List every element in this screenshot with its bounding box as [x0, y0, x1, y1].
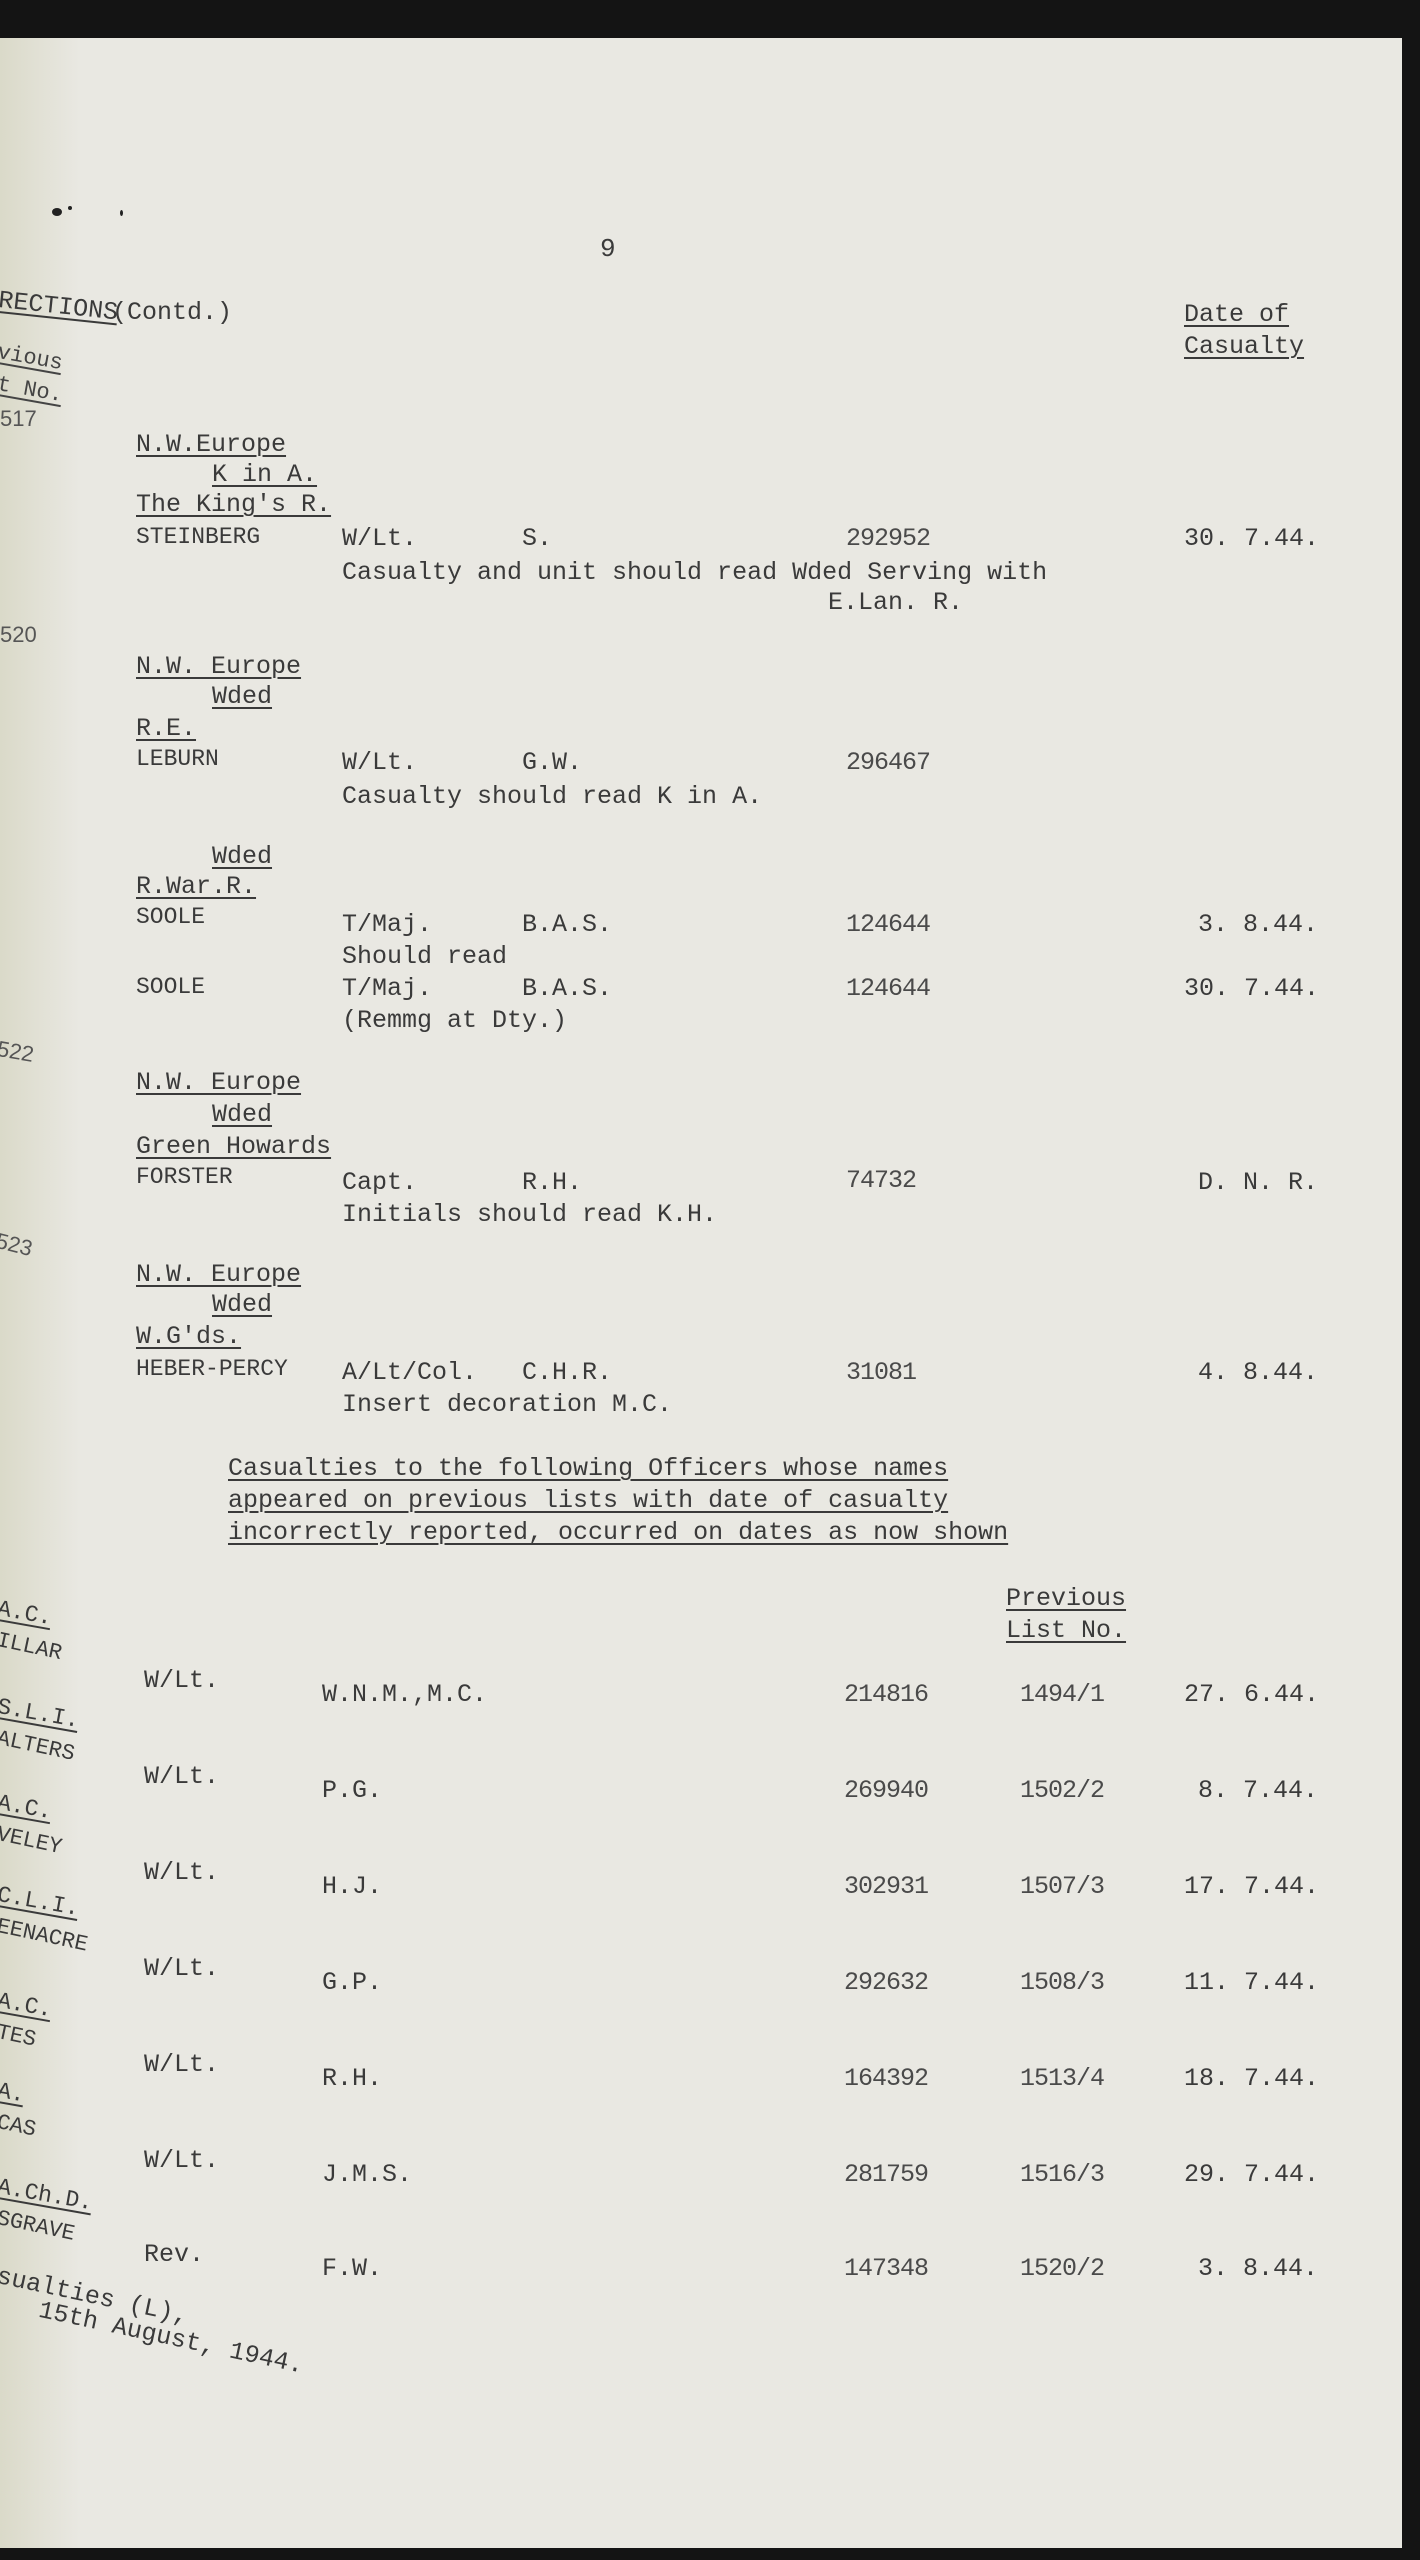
casualty-date: 3. 8.44. [1198, 2254, 1318, 2284]
casualty-date: 8. 7.44. [1198, 1776, 1318, 1806]
casualty-date: 4. 8.44. [1198, 1358, 1318, 1388]
surname: STEINBERG [136, 522, 260, 552]
service-number: 292952 [846, 524, 930, 554]
initials: C.H.R. [522, 1358, 612, 1388]
prev-list-number: 1494/1 [1020, 1680, 1104, 1710]
rank: W/Lt. [342, 748, 417, 778]
casualty-type: Wded [212, 682, 272, 712]
initials: F.W. [322, 2254, 382, 2284]
rank: W/Lt. [144, 2050, 219, 2080]
page-number: 9 [600, 234, 616, 264]
initials: J.M.S. [322, 2160, 412, 2190]
prev-list-number: 1508/3 [1020, 1968, 1104, 1998]
correction-note: Casualty and unit should read Wded Servi… [342, 558, 1047, 588]
rank: W/Lt. [144, 1762, 219, 1792]
service-number: 164392 [844, 2064, 928, 2094]
date-header-line2: Casualty [1184, 332, 1304, 362]
prev-list-header-line2: List No. [1006, 1616, 1126, 1646]
initials: G.W. [522, 748, 582, 778]
service-number: 292632 [844, 1968, 928, 1998]
theatre: N.W. Europe [136, 1260, 301, 1290]
initials: P.G. [322, 1776, 382, 1806]
rank: W/Lt. [144, 2146, 219, 2176]
surname-corrected: SOOLE [136, 972, 205, 1002]
casualty-date-corrected: 30. 7.44. [1184, 974, 1319, 1004]
casualty-date: D. N. R. [1198, 1168, 1318, 1198]
theatre: N.W. Europe [136, 652, 301, 682]
casualty-date: 18. 7.44. [1184, 2064, 1319, 2094]
unit: R.War.R. [136, 872, 256, 902]
prev-list-number: 1502/2 [1020, 1776, 1104, 1806]
casualty-type: K in A. [212, 460, 317, 490]
ink-speck [120, 210, 123, 216]
correction-note: Initials should read K.H. [342, 1200, 717, 1230]
prev-list-no: 520 [0, 620, 37, 650]
service-number: 74732 [846, 1166, 916, 1196]
rank: Rev. [144, 2240, 204, 2270]
rank: T/Maj. [342, 910, 432, 940]
date-header-line1: Date of [1184, 300, 1289, 330]
service-number: 31081 [846, 1358, 916, 1388]
unit: R.E. [136, 714, 196, 744]
prev-list-number: 1516/3 [1020, 2160, 1104, 2190]
theatre: N.W. Europe [136, 1068, 301, 1098]
casualty-date: 29. 7.44. [1184, 2160, 1319, 2190]
casualty-date: 11. 7.44. [1184, 1968, 1319, 1998]
casualty-type: Wded [212, 1290, 272, 1320]
service-number-corrected: 124644 [846, 974, 930, 1004]
correction-note-cont: E.Lan. R. [828, 588, 963, 618]
service-number: 147348 [844, 2254, 928, 2284]
rank: W/Lt. [342, 524, 417, 554]
service-number: 281759 [844, 2160, 928, 2190]
rank: A/Lt/Col. [342, 1358, 477, 1388]
surname: HEBER-PERCY [136, 1354, 288, 1384]
casualty-date: 27. 6.44. [1184, 1680, 1319, 1710]
unit: W.G'ds. [136, 1322, 241, 1352]
initials: B.A.S. [522, 910, 612, 940]
rank: Capt. [342, 1168, 417, 1198]
prev-list-number: 1520/2 [1020, 2254, 1104, 2284]
notice-line2: appeared on previous lists with date of … [228, 1486, 948, 1516]
service-number: 269940 [844, 1776, 928, 1806]
correction-note: Should read [342, 942, 507, 972]
service-number: 124644 [846, 910, 930, 940]
prev-list-number: 1507/3 [1020, 1872, 1104, 1902]
prev-list-number: 1513/4 [1020, 2064, 1104, 2094]
rank: W/Lt. [144, 1954, 219, 1984]
service-number: 214816 [844, 1680, 928, 1710]
notice-line3: incorrectly reported, occurred on dates … [228, 1518, 1008, 1548]
initials: R.H. [322, 2064, 382, 2094]
initials: H.J. [322, 1872, 382, 1902]
casualty-date: 3. 8.44. [1198, 910, 1318, 940]
ink-speck [52, 208, 62, 216]
casualty-type: Wded [212, 842, 272, 872]
unit: The King's R. [136, 490, 331, 520]
initials: W.N.M.,M.C. [322, 1680, 487, 1710]
prev-list-no: 517 [0, 404, 37, 434]
casualty-date: 17. 7.44. [1184, 1872, 1319, 1902]
notice-line1: Casualties to the following Officers who… [228, 1454, 948, 1484]
correction-note: Insert decoration M.C. [342, 1390, 672, 1420]
ink-speck [68, 206, 72, 210]
initials: G.P. [322, 1968, 382, 1998]
casualty-type: Wded [212, 1100, 272, 1130]
casualty-date: 30. 7.44. [1184, 524, 1319, 554]
correction-note: Casualty should read K in A. [342, 782, 762, 812]
correction-note-cont: (Remmg at Dty.) [342, 1006, 567, 1036]
rank: W/Lt. [144, 1858, 219, 1888]
unit: Green Howards [136, 1132, 331, 1162]
section-heading-suffix: (Contd.) [112, 298, 232, 328]
rank: W/Lt. [144, 1666, 219, 1696]
initials: S. [522, 524, 552, 554]
initials-corrected: B.A.S. [522, 974, 612, 1004]
theatre: N.W.Europe [136, 430, 286, 460]
initials: R.H. [522, 1168, 582, 1198]
prev-list-header-line1: Previous [1006, 1584, 1126, 1614]
rank-corrected: T/Maj. [342, 974, 432, 1004]
service-number: 302931 [844, 1872, 928, 1902]
surname: SOOLE [136, 902, 205, 932]
surname: FORSTER [136, 1162, 233, 1192]
prev-list-no: 522 [0, 1034, 36, 1070]
service-number: 296467 [846, 748, 930, 778]
surname: LEBURN [136, 744, 219, 774]
